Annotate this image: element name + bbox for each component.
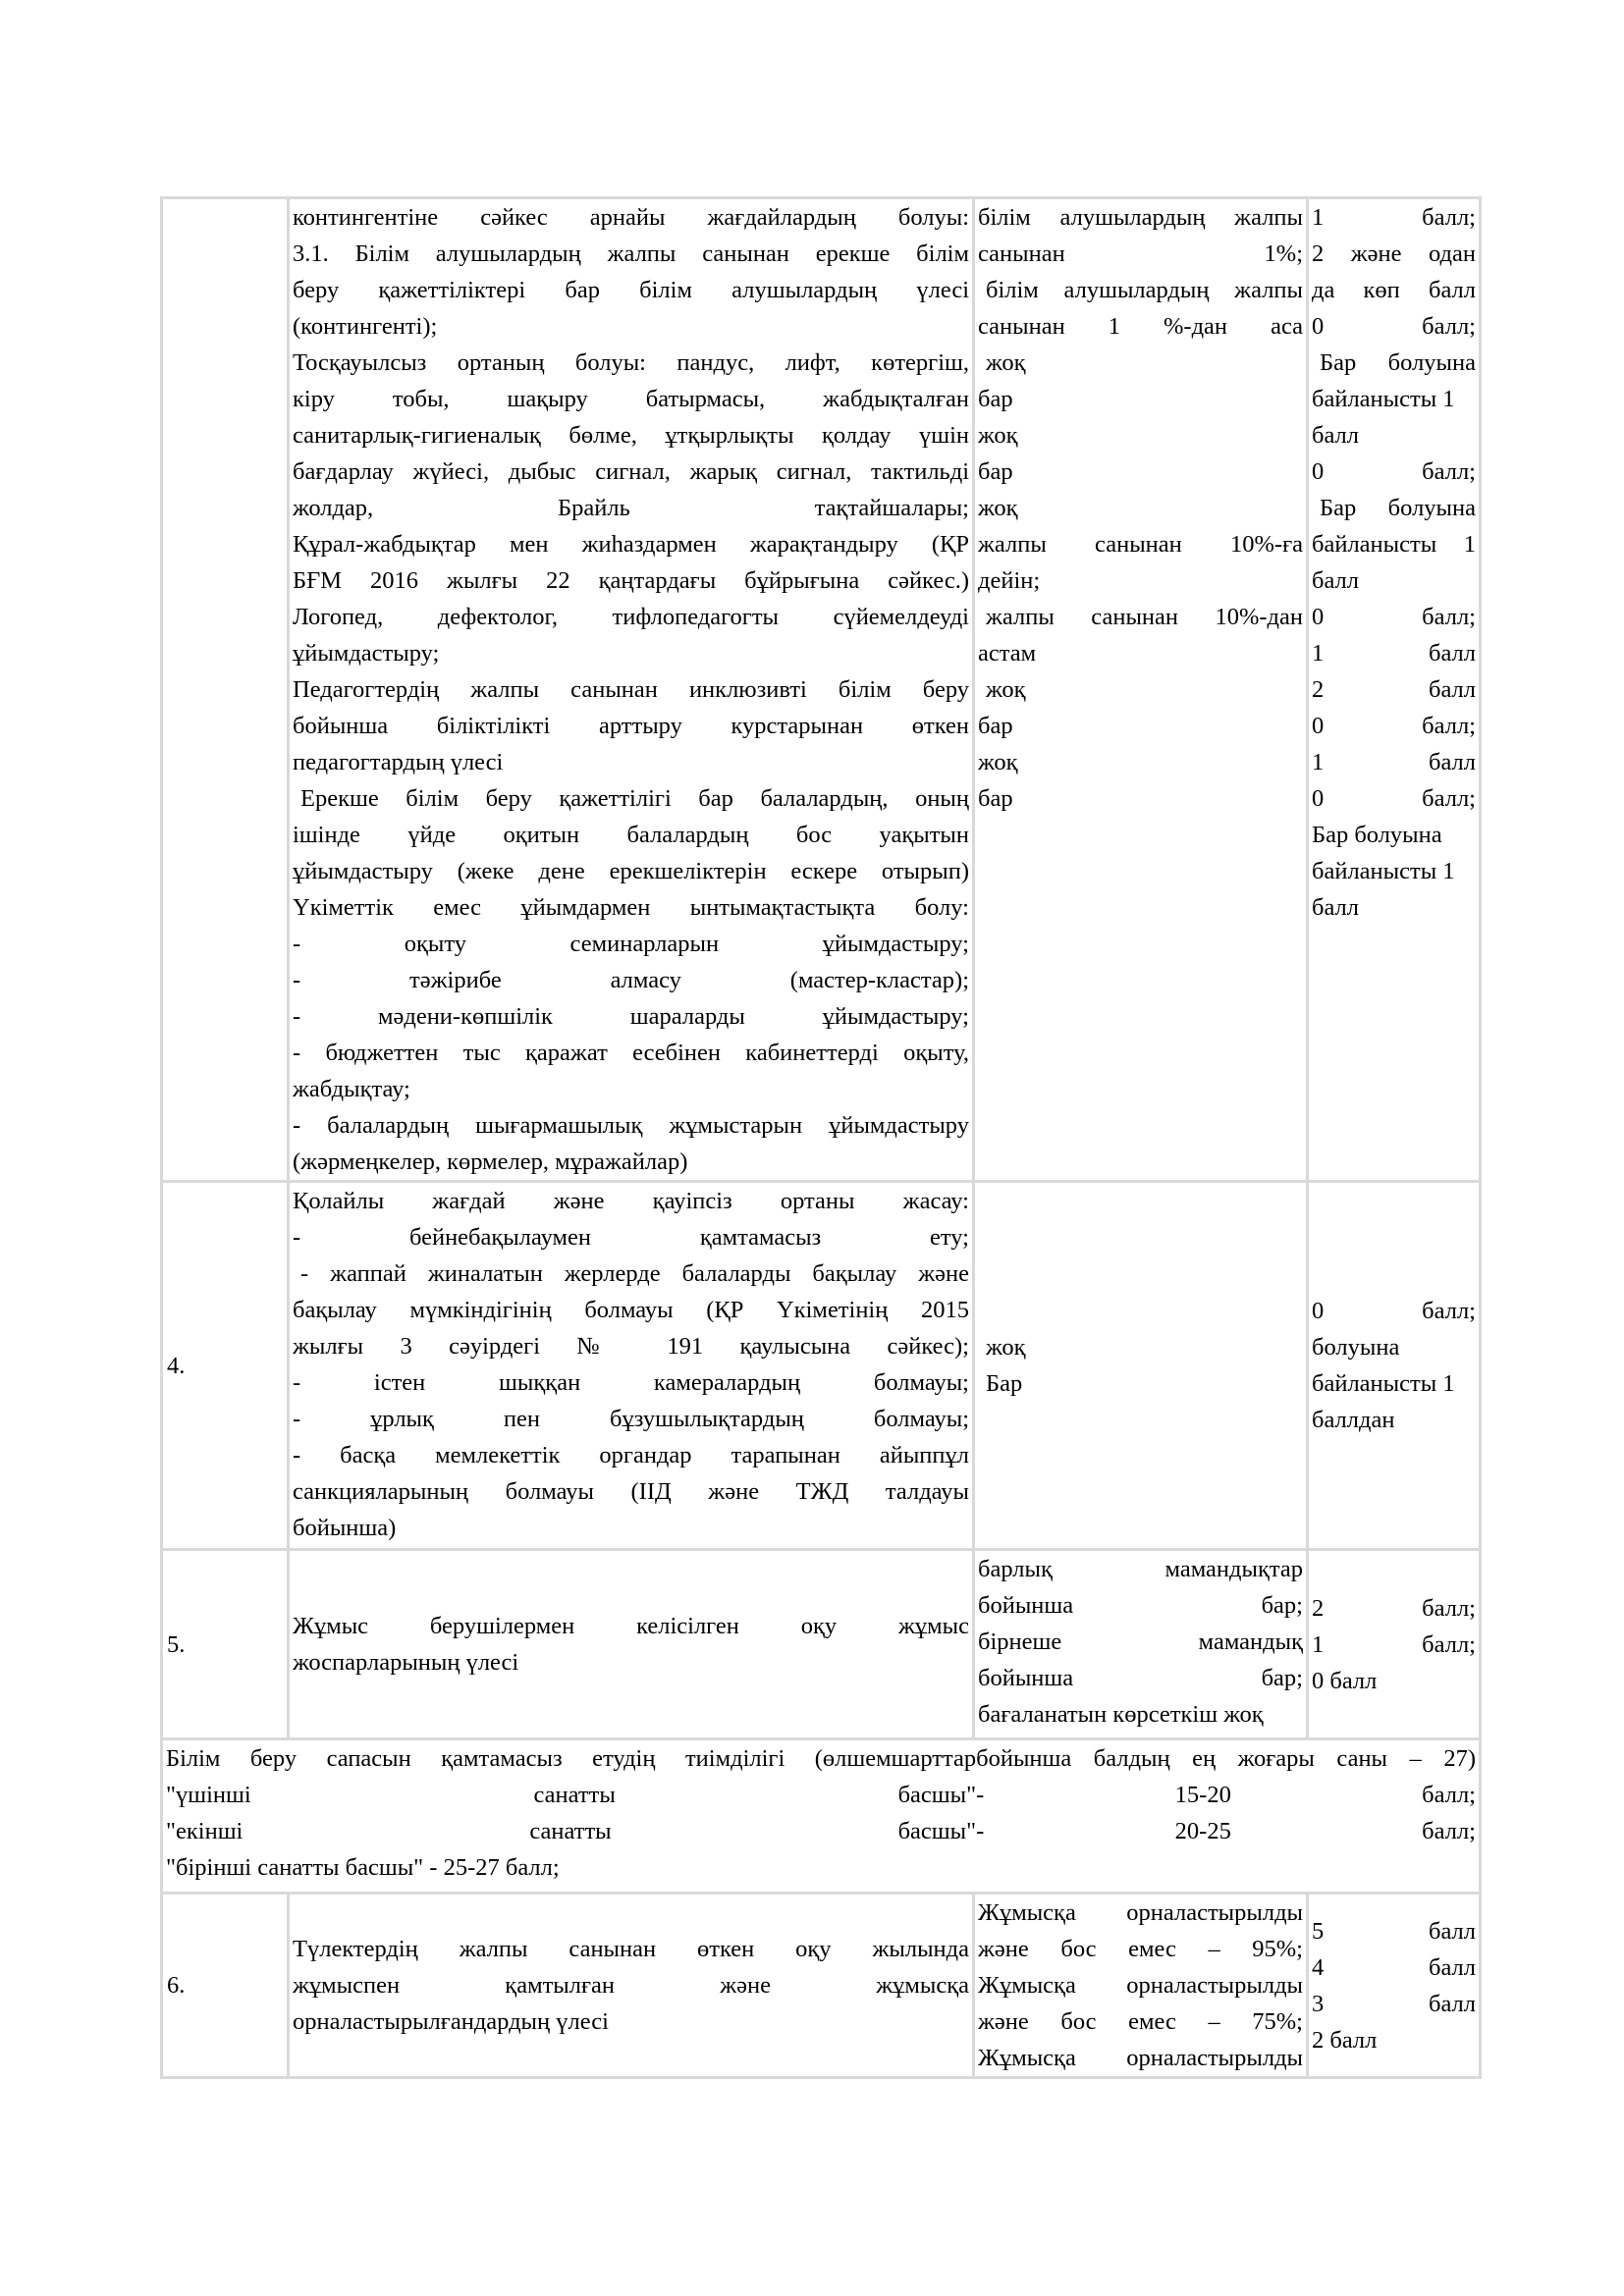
text-line: 4 балл bbox=[1312, 1949, 1476, 1986]
text-line: (контингенті); bbox=[293, 308, 969, 345]
text-line: Тосқауылсыз ортаның болуы: пандус, лифт,… bbox=[293, 345, 969, 381]
table-row-criterion-4: 4. Қолайлы жағдай және қауіпсіз ортаны ж… bbox=[162, 1182, 1481, 1550]
text-line: балл bbox=[1312, 889, 1476, 926]
criterion-cell: Қолайлы жағдай және қауіпсіз ортаны жаса… bbox=[289, 1182, 974, 1550]
text-line: астам bbox=[978, 635, 1303, 671]
summary-line-left: Білім беру сапасын қамтамасыз етудің тиі… bbox=[166, 1740, 976, 1777]
text-line: санынан 1%; bbox=[978, 236, 1303, 272]
text-line: санкцияларының болмауы (ІІД және ТЖД тал… bbox=[293, 1473, 969, 1510]
text-line: бағдарлау жүйесі, дыбыс сигнал, жарық си… bbox=[293, 454, 969, 490]
text-line: - жаппай жиналатын жерлерде балаларды ба… bbox=[293, 1255, 969, 1292]
table-row-summary: Білім беру сапасын қамтамасыз етудің тиі… bbox=[162, 1739, 1481, 1894]
text-line: жоқ bbox=[978, 417, 1303, 454]
text-line: 1 балл bbox=[1312, 744, 1476, 780]
text-line: 0 балл; bbox=[1312, 308, 1476, 345]
text-line: - мәдени-көпшілік шараларды ұйымдастыру; bbox=[293, 998, 969, 1035]
row-number-cell: 5. bbox=[162, 1550, 289, 1739]
value-cell: барлық мамандықтарбойынша бар;бірнеше ма… bbox=[974, 1550, 1308, 1739]
summary-line-left: "бірінші санатты басшы" - 25-27 балл; bbox=[166, 1849, 976, 1886]
text-line: Бар болуына bbox=[1312, 817, 1476, 853]
points-cell: 1 балл;2 және оданда көп балл0 балл; Бар… bbox=[1308, 198, 1481, 1182]
text-line: - бюджеттен тыс қаражат есебінен кабинет… bbox=[293, 1035, 969, 1071]
text-line: Бар bbox=[978, 1365, 1303, 1402]
value-cell: білім алушылардың жалпысанынан 1%; білім… bbox=[974, 198, 1308, 1182]
text-line: жоқ bbox=[978, 671, 1303, 708]
summary-line-right: бойынша балдың ең жоғары саны – 27) bbox=[976, 1740, 1476, 1777]
text-line: бар bbox=[978, 780, 1303, 817]
text-line: жоқ bbox=[978, 345, 1303, 381]
text-line: 0 балл; bbox=[1312, 454, 1476, 490]
text-line: Үкіметтік емес ұйымдармен ынтымақтастықт… bbox=[293, 889, 969, 926]
points-cell: 0 балл;болуынабайланысты 1баллдан bbox=[1308, 1182, 1481, 1550]
text-line: жылғы 3 сәуірдегі № 191 қаулысына сәйкес… bbox=[293, 1328, 969, 1364]
summary-line: "екінші санатты басшы" - 20-25 балл; bbox=[166, 1813, 1476, 1849]
text-line: да көп балл bbox=[1312, 272, 1476, 308]
points-cell: 2 балл;1 балл;0 балл bbox=[1308, 1550, 1481, 1739]
text-line: жолдар, Брайль тақтайшалары; bbox=[293, 490, 969, 526]
text-line: бойынша бар; bbox=[978, 1660, 1303, 1696]
text-line: (жәрмеңкелер, көрмелер, мұражайлар) bbox=[293, 1144, 969, 1180]
text-line: 1 балл bbox=[1312, 635, 1476, 671]
value-cell: жоқ Бар bbox=[974, 1182, 1308, 1550]
text-line: Жұмыс берушілермен келісілген оқу жұмыс bbox=[293, 1608, 969, 1644]
text-line: 3 балл bbox=[1312, 1986, 1476, 2022]
criteria-table: контингентіне сәйкес арнайы жағдайлардың… bbox=[160, 196, 1482, 2079]
text-line: педагогтардың үлесі bbox=[293, 744, 969, 780]
text-line: Жұмысқа орналастырылды bbox=[978, 1895, 1303, 1931]
text-line: санитарлық-гигиеналық бөлме, ұтқырлықты … bbox=[293, 417, 969, 454]
text-line: 2 балл bbox=[1312, 671, 1476, 708]
text-line: бақылау мүмкіндігінің болмауы (ҚР Үкімет… bbox=[293, 1292, 969, 1328]
text-line: балл bbox=[1312, 562, 1476, 599]
summary-line-left: "үшінші санатты басшы" bbox=[166, 1777, 976, 1813]
text-line: бар bbox=[978, 454, 1303, 490]
text-line: ішінде үйде оқитын балалардың бос уақыты… bbox=[293, 817, 969, 853]
text-line: 0 балл; bbox=[1312, 780, 1476, 817]
points-cell: 5 балл4 балл3 балл2 балл bbox=[1308, 1894, 1481, 2078]
text-line: 1 балл; bbox=[1312, 199, 1476, 236]
text-line: санынан 1 %-дан аса bbox=[978, 308, 1303, 345]
value-cell: Жұмысқа орналастырылдыжәне бос емес – 95… bbox=[974, 1894, 1308, 2078]
text-line: бағаланатын көрсеткіш жоқ bbox=[978, 1696, 1303, 1733]
text-line: бойынша біліктілікті арттыру курстарынан… bbox=[293, 708, 969, 744]
text-line: бойынша бар; bbox=[978, 1587, 1303, 1624]
text-line: - бейнебақылаумен қамтамасыз ету; bbox=[293, 1219, 969, 1255]
text-line: 2 және одан bbox=[1312, 236, 1476, 272]
summary-line-right: - 15-20 балл; bbox=[976, 1777, 1476, 1813]
text-line: Бар болуына bbox=[1312, 490, 1476, 526]
text-line: барлық мамандықтар bbox=[978, 1551, 1303, 1587]
summary-line-right bbox=[976, 1849, 1476, 1886]
summary-line: "бірінші санатты басшы" - 25-27 балл; bbox=[166, 1849, 1476, 1886]
text-line: жұмыспен қамтылған және жұмысқа bbox=[293, 1967, 969, 2003]
row-number-cell: 4. bbox=[162, 1182, 289, 1550]
text-line: Жұмысқа орналастырылды bbox=[978, 2040, 1303, 2076]
text-line: контингентіне сәйкес арнайы жағдайлардың… bbox=[293, 199, 969, 236]
criterion-cell: контингентіне сәйкес арнайы жағдайлардың… bbox=[289, 198, 974, 1182]
text-line: білім алушылардың жалпы bbox=[978, 272, 1303, 308]
text-line: Жұмысқа орналастырылды bbox=[978, 1967, 1303, 2003]
text-line: беру қажеттіліктері бар білім алушыларды… bbox=[293, 272, 969, 308]
text-line: Қолайлы жағдай және қауіпсіз ортаны жаса… bbox=[293, 1183, 969, 1219]
text-line: балл bbox=[1312, 417, 1476, 454]
text-line: - тәжірибе алмасу (мастер-кластар); bbox=[293, 962, 969, 998]
text-line: жабдықтау; bbox=[293, 1071, 969, 1107]
text-line: 1 балл; bbox=[1312, 1627, 1476, 1663]
text-line: жоқ bbox=[978, 490, 1303, 526]
text-line: 0 балл; bbox=[1312, 599, 1476, 635]
summary-cell: Білім беру сапасын қамтамасыз етудің тиі… bbox=[162, 1739, 1481, 1894]
text-line: 2 балл; bbox=[1312, 1590, 1476, 1627]
text-line: байланысты 1 bbox=[1312, 381, 1476, 417]
table-row-criterion-3-continued: контингентіне сәйкес арнайы жағдайлардың… bbox=[162, 198, 1481, 1182]
text-line: және бос емес – 95%; bbox=[978, 1931, 1303, 1967]
text-line: - істен шыққан камералардың болмауы; bbox=[293, 1364, 969, 1401]
text-line: - оқыту семинарларын ұйымдастыру; bbox=[293, 926, 969, 962]
text-line: жоспарларының үлесі bbox=[293, 1644, 969, 1681]
summary-line: "үшінші санатты басшы" - 15-20 балл; bbox=[166, 1777, 1476, 1813]
text-line: жалпы санынан 10%-ға bbox=[978, 526, 1303, 562]
text-line: Логопед, дефектолог, тифлопедагогты сүйе… bbox=[293, 599, 969, 635]
text-line: - ұрлық пен бұзушылықтардың болмауы; bbox=[293, 1401, 969, 1437]
text-line: ұйымдастыру; bbox=[293, 635, 969, 671]
text-line: 0 балл; bbox=[1312, 708, 1476, 744]
text-line: білім алушылардың жалпы bbox=[978, 199, 1303, 236]
summary-line-left: "екінші санатты басшы" bbox=[166, 1813, 976, 1849]
text-line: 0 балл; bbox=[1312, 1293, 1476, 1329]
text-line: бірнеше мамандық bbox=[978, 1624, 1303, 1660]
text-line: бар bbox=[978, 708, 1303, 744]
text-line: - балалардың шығармашылық жұмыстарын ұйы… bbox=[293, 1107, 969, 1144]
text-line: болуына bbox=[1312, 1329, 1476, 1365]
text-line: бар bbox=[978, 381, 1303, 417]
summary-line: Білім беру сапасын қамтамасыз етудің тиі… bbox=[166, 1740, 1476, 1777]
text-line: 5 балл bbox=[1312, 1913, 1476, 1949]
text-line: және бос емес – 75%; bbox=[978, 2003, 1303, 2040]
text-line: орналастырылғандардың үлесі bbox=[293, 2003, 969, 2040]
row-number-cell bbox=[162, 198, 289, 1182]
text-line: Құрал-жабдықтар мен жиһаздармен жарақтан… bbox=[293, 526, 969, 562]
text-line: жоқ bbox=[978, 1329, 1303, 1365]
row-number-cell: 6. bbox=[162, 1894, 289, 2078]
text-line: дейін; bbox=[978, 562, 1303, 599]
text-line: Түлектердің жалпы санынан өткен оқу жылы… bbox=[293, 1931, 969, 1967]
document-page: контингентіне сәйкес арнайы жағдайлардың… bbox=[0, 0, 1624, 2296]
text-line: байланысты 1 bbox=[1312, 1365, 1476, 1402]
text-line: БҒМ 2016 жылғы 22 қаңтардағы бұйрығына с… bbox=[293, 562, 969, 599]
text-line: Ерекше білім беру қажеттілігі бар балала… bbox=[293, 780, 969, 817]
text-line: байланысты 1 bbox=[1312, 526, 1476, 562]
criterion-cell: Түлектердің жалпы санынан өткен оқу жылы… bbox=[289, 1894, 974, 2078]
text-line: Бар болуына bbox=[1312, 345, 1476, 381]
criterion-cell: Жұмыс берушілермен келісілген оқу жұмысж… bbox=[289, 1550, 974, 1739]
text-line: - басқа мемлекеттік органдар тарапынан а… bbox=[293, 1437, 969, 1473]
text-line: жоқ bbox=[978, 744, 1303, 780]
text-line: бойынша) bbox=[293, 1510, 969, 1546]
text-line: кіру тобы, шақыру батырмасы, жабдықталға… bbox=[293, 381, 969, 417]
table-row-criterion-6: 6. Түлектердің жалпы санынан өткен оқу ж… bbox=[162, 1894, 1481, 2078]
text-line: 0 балл bbox=[1312, 1663, 1476, 1699]
table-row-criterion-5: 5. Жұмыс берушілермен келісілген оқу жұм… bbox=[162, 1550, 1481, 1739]
text-line: 2 балл bbox=[1312, 2022, 1476, 2058]
text-line: баллдан bbox=[1312, 1402, 1476, 1438]
text-line: ұйымдастыру (жеке дене ерекшеліктерін ес… bbox=[293, 853, 969, 889]
text-line: Педагогтердің жалпы санынан инклюзивті б… bbox=[293, 671, 969, 708]
text-line: байланысты 1 bbox=[1312, 853, 1476, 889]
text-line: жалпы санынан 10%-дан bbox=[978, 599, 1303, 635]
text-line: 3.1. Білім алушылардың жалпы санынан ере… bbox=[293, 236, 969, 272]
summary-line-right: - 20-25 балл; bbox=[976, 1813, 1476, 1849]
